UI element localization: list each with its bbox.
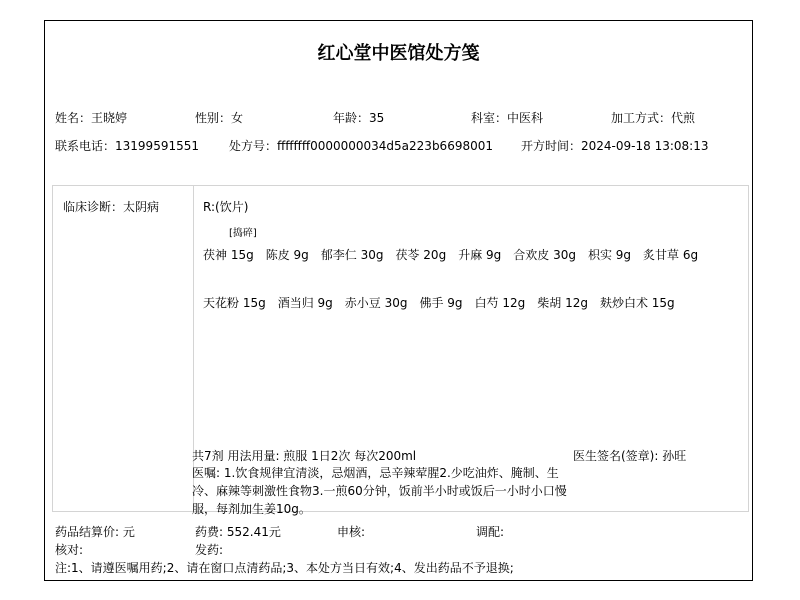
rx-header: R:(饮片) (203, 198, 248, 215)
medical-advice: 医嘱: 1.饮食规律宜清淡，忌烟酒，忌辛辣荤腥2.少吃油炸、腌制、生冷、麻辣等刺… (192, 464, 582, 518)
herb-item: 炙甘草 6g (643, 248, 698, 262)
herb-item: 合欢皮 30g (513, 248, 576, 262)
herb-item: 柴胡 12g (537, 296, 588, 310)
rx-note: [捣碎] (229, 224, 257, 239)
processing-method: 加工方式：代煎 (611, 109, 695, 126)
prescription-page: 红心堂中医馆处方笺 姓名：王晓婷 性别：女 年龄：35 科室：中医科 加工方式：… (44, 20, 753, 581)
prescription-time: 开方时间：2024-09-18 13:08:13 (521, 137, 708, 154)
herb-item: 酒当归 9g (278, 296, 333, 310)
herb-item: 白芍 12g (475, 296, 526, 310)
clinical-diagnosis: 临床诊断：太阴病 (63, 198, 159, 215)
footer-notes: 注:1、请遵医嘱用药;2、请在窗口点清药品;3、本处方当日有效;4、发出药品不予… (55, 559, 514, 576)
herb-item: 枳实 9g (588, 248, 631, 262)
herb-item: 佛手 9g (419, 296, 462, 310)
dispense: 调配: (476, 523, 504, 540)
herb-item: 天花粉 15g (203, 296, 266, 310)
doctor-signature: 医生签名(签章): 孙旺 (573, 447, 686, 464)
page-title: 红心堂中医馆处方笺 (45, 39, 752, 65)
herb-item: 郁李仁 30g (321, 248, 384, 262)
patient-phone: 联系电话：13199591551 (55, 137, 199, 154)
usage-dosage: 共7剂 用法用量: 煎服 1日2次 每次200ml (192, 447, 416, 464)
herb-line-1: 茯神 15g陈皮 9g郁李仁 30g茯苓 20g升麻 9g合欢皮 30g枳实 9… (203, 246, 710, 263)
patient-gender: 性别：女 (195, 109, 243, 126)
herb-item: 赤小豆 30g (345, 296, 408, 310)
drug-fee: 药费: 552.41元 (195, 523, 281, 540)
patient-age: 年龄：35 (333, 109, 384, 126)
check: 核对: (55, 541, 83, 558)
issue-drug: 发药: (195, 541, 223, 558)
herb-item: 茯苓 20g (395, 248, 446, 262)
prescription-number: 处方号：ffffffff0000000034d5a223b6698001 (229, 137, 493, 154)
herb-item: 升麻 9g (458, 248, 501, 262)
herb-item: 陈皮 9g (266, 248, 309, 262)
patient-dept: 科室：中医科 (471, 109, 543, 126)
herb-item: 麸炒白术 15g (600, 296, 675, 310)
patient-name: 姓名：王晓婷 (55, 109, 127, 126)
herb-item: 茯神 15g (203, 248, 254, 262)
herb-line-2: 天花粉 15g酒当归 9g赤小豆 30g佛手 9g白芍 12g柴胡 12g麸炒白… (203, 294, 687, 311)
settle-price: 药品结算价: 元 (55, 523, 135, 540)
review: 申核: (337, 523, 365, 540)
